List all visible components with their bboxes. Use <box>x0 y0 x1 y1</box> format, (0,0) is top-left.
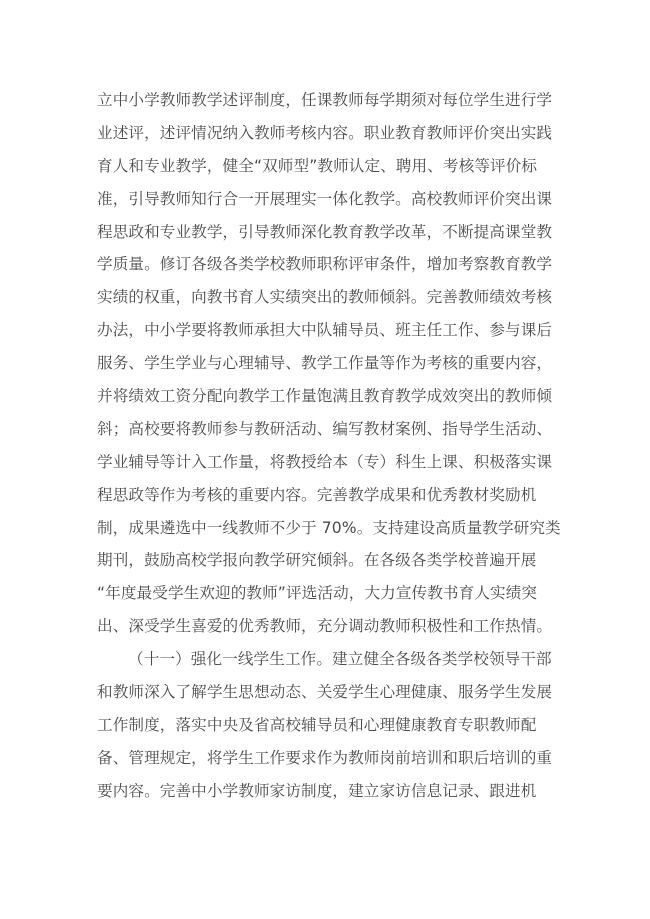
text-line: 和教师深入了解学生思想动态、关爱学生心理健康、服务学生发展 <box>97 676 552 709</box>
text-line: 斜；高校要将教师参与教研活动、编写教材案例、指导学生活动、 <box>97 413 552 446</box>
text-line: 制，成果遴选中一线教师不少于 70%。支持建设高质量教学研究类 <box>97 512 552 545</box>
text-line: 要内容。完善中小学教师家访制度，建立家访信息记录、跟进机 <box>97 775 552 808</box>
text-line: 程思政和专业教学，引导教师深化教育教学改革，不断提高课堂教 <box>97 216 552 249</box>
text-line: 学业辅导等计入工作量，将教授给本（专）科生上课、积极落实课 <box>97 446 552 479</box>
text-line: “年度最受学生欢迎的教师”评选活动，大力宣传教书育人实绩突 <box>97 577 552 610</box>
text-line: 工作制度，落实中央及省高校辅导员和心理健康教育专职教师配 <box>97 709 552 742</box>
text-line: 育人和专业教学，健全“双师型”教师认定、聘用、考核等评价标 <box>97 150 552 183</box>
text-line: 备、管理规定，将学生工作要求作为教师岗前培训和职后培训的重 <box>97 742 552 775</box>
text-line: 出、深受学生喜爱的优秀教师，充分调动教师积极性和工作热情。 <box>97 610 552 643</box>
text-line: 立中小学教师教学述评制度，任课教师每学期须对每位学生进行学 <box>97 84 552 117</box>
document-page: 立中小学教师教学述评制度，任课教师每学期须对每位学生进行学 业述评，述评情况纳入… <box>97 84 552 808</box>
text-line: 程思政等作为考核的重要内容。完善教学成果和优秀教材奖励机 <box>97 479 552 512</box>
text-line: 办法，中小学要将教师承担大中队辅导员、班主任工作、参与课后 <box>97 314 552 347</box>
section-heading-line: （十一）强化一线学生工作。建立健全各级各类学校领导干部 <box>97 643 552 676</box>
text-line: 业述评，述评情况纳入教师考核内容。职业教育教师评价突出实践 <box>97 117 552 150</box>
text-line: 期刊，鼓励高校学报向教学研究倾斜。在各级各类学校普遍开展 <box>97 544 552 577</box>
text-line: 并将绩效工资分配向教学工作量饱满且教育教学成效突出的教师倾 <box>97 380 552 413</box>
text-line: 学质量。修订各级各类学校教师职称评审条件，增加考察教育教学 <box>97 248 552 281</box>
text-line: 实绩的权重，向教书育人实绩突出的教师倾斜。完善教师绩效考核 <box>97 281 552 314</box>
text-line: 服务、学生学业与心理辅导、教学工作量等作为考核的重要内容， <box>97 347 552 380</box>
text-line: 准，引导教师知行合一开展理实一体化教学。高校教师评价突出课 <box>97 183 552 216</box>
